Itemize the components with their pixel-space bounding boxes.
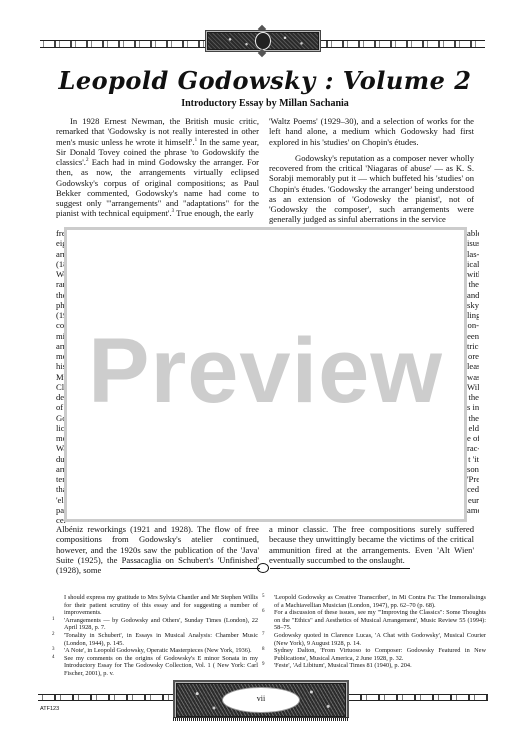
footnote-8: 8Sydney Dalton, 'From Virtuoso to Compos… — [262, 647, 486, 662]
footnotes-left: I should express my gratitude to Mrs Syl… — [52, 594, 258, 678]
right-paragraph-2: Godowsky's reputation as a composer neve… — [269, 153, 474, 225]
footnotes-right: 5'Leopold Godowsky as Creative Transcrib… — [262, 594, 486, 670]
divider-flourish-icon — [257, 563, 269, 573]
right-column: 'Waltz Poems' (1929–30), and a selection… — [269, 116, 474, 225]
lyre-medallion-icon — [255, 32, 271, 50]
left-column: In 1928 Ernest Newman, the British music… — [56, 116, 259, 219]
catalog-code: ATF123 — [40, 706, 59, 712]
footnote-9: 9'Feste', 'Ad Libitum', Musical Times 81… — [262, 662, 486, 670]
footnote-3: 3'A Note', in Leopold Godowsky, Operatic… — [52, 647, 258, 655]
footnote-4: 4See my comments on the origins of Godow… — [52, 655, 258, 678]
right-column-tail: a minor classic. The free compositions s… — [269, 524, 474, 565]
right-paragraph-1: 'Waltz Poems' (1929–30), and a selection… — [269, 116, 474, 147]
header-ornament-cartouche — [205, 30, 321, 52]
footnote-acknowledgement: I should express my gratitude to Mrs Syl… — [52, 594, 258, 617]
preview-watermark-label: Preview — [67, 325, 464, 417]
preview-watermark-overlay: Preview — [64, 227, 467, 522]
footnote-6: 6For a discussion of these issues, see m… — [262, 609, 486, 632]
footnote-divider-right — [270, 568, 410, 569]
page-number: vii — [223, 694, 299, 703]
right-column-occluded-lines: ableisuslas-icalwiththeandskylingon-eent… — [467, 228, 479, 515]
page-number-oval: vii — [222, 687, 300, 713]
left-paragraph-1: In 1928 Ernest Newman, the British music… — [56, 116, 259, 219]
footnote-5: 5'Leopold Godowsky as Creative Transcrib… — [262, 594, 486, 609]
footnote-1: 1'Arrangements — by Godowsky and Others'… — [52, 617, 258, 632]
footnote-divider-left — [120, 568, 260, 569]
footer-ornament-base — [173, 717, 349, 721]
footer-ornament-cartouche: vii — [173, 680, 349, 720]
footnote-2: 2'Tonality in Schubert', in Essays in Mu… — [52, 632, 258, 647]
page-title: Leopold Godowsky : Volume 2 — [0, 66, 530, 95]
footnote-7: 7Godowsky quoted in Clarence Lucas, 'A C… — [262, 632, 486, 647]
essay-subtitle: Introductory Essay by Millan Sachania — [0, 98, 530, 109]
